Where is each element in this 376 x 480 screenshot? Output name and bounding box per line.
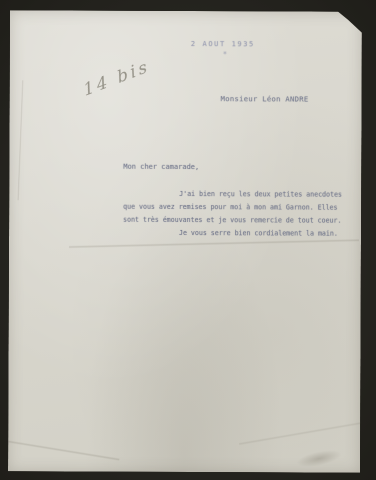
body-line: sont très émouvantes et je vous remercie…	[123, 214, 368, 228]
salutation: Mon cher camarade,	[123, 163, 199, 171]
fold-crease	[239, 421, 368, 446]
scanned-letter-photo: 2 AOUT 1935 * 14 bis Monsieur Léon ANDRE…	[0, 0, 376, 480]
letter-paper: 2 AOUT 1935 * 14 bis Monsieur Léon ANDRE…	[8, 10, 362, 473]
letter-body: J'ai bien reçu les deux petites anecdote…	[123, 188, 368, 241]
fold-crease	[17, 80, 24, 200]
stamp-mark: *	[223, 50, 227, 58]
recipient-line: Monsieur Léon ANDRE	[221, 94, 309, 103]
body-line: Je vous serre bien cordialement la main.	[123, 227, 368, 241]
body-line: que vous avez remises pour moi à mon ami…	[123, 201, 368, 215]
handwritten-note: 14 bis	[82, 56, 152, 101]
paper-smudge	[295, 447, 343, 470]
body-line: J'ai bien reçu les deux petites anecdote…	[123, 188, 368, 202]
fold-crease	[1, 439, 120, 461]
date-stamp: 2 AOUT 1935	[191, 40, 255, 48]
